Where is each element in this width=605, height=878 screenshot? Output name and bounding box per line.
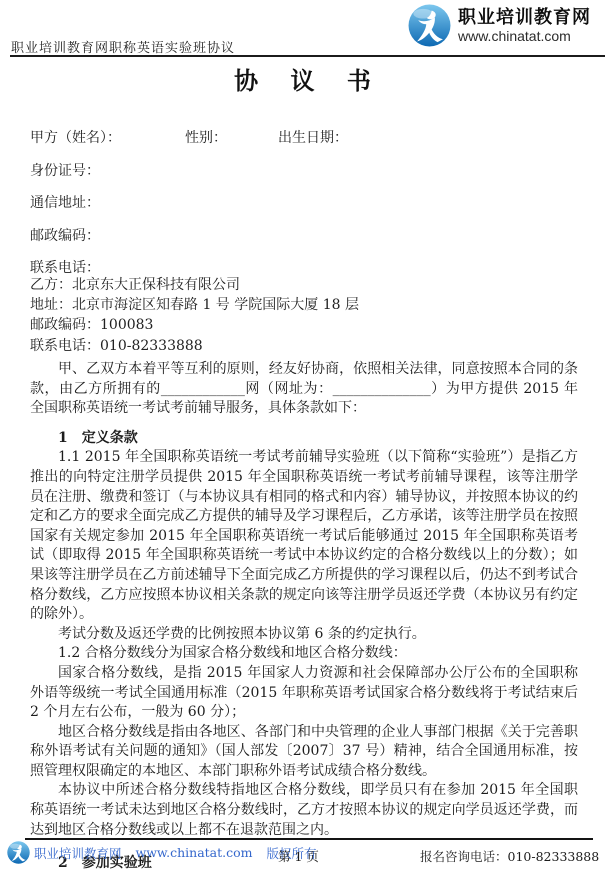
clause-1-1: 1.1 2015 年全国职称英语统一考试考前辅导实验班（以下简称“实验班”）是指… xyxy=(30,448,578,624)
intro-paragraph: 甲、乙双方本着平等互利的原则，经友好协商，依照相关法律，同意按照本合同的条款，由… xyxy=(30,360,578,419)
party-a-row-1: 甲方（姓名）： 性别： 出生日期： xyxy=(30,127,577,160)
party-a-id-label: 身份证号： xyxy=(30,160,577,193)
footer-enroll-phone: 报名咨询电话：010-82333888 xyxy=(420,847,599,865)
footer-page-number: 第 1 页 xyxy=(278,847,319,865)
clause-refund-ratio: 考试分数及返还学费的比例按照本协议第 6 条的约定执行。 xyxy=(30,625,578,645)
brand-site-url: www.chinatat.com xyxy=(458,28,591,44)
party-a-zip-label: 邮政编码： xyxy=(30,225,577,258)
party-a-name-label: 甲方（姓名）： xyxy=(30,127,121,147)
footer-site-url: www.chinatat.com xyxy=(136,845,253,860)
brand-logo: 职业培训教育网 www.chinatat.com xyxy=(408,4,591,47)
footer-brand-icon xyxy=(7,841,30,864)
clause-national-passline: 国家合格分数线，是指 2015 年国家人力资源和社会保障部办公厅公布的全国职称外… xyxy=(30,664,578,723)
agreement-body: 甲、乙双方本着平等互利的原则，经友好协商，依照相关法律，同意按照本合同的条款，由… xyxy=(30,360,578,874)
header-divider xyxy=(10,55,605,57)
brand-site-name: 职业培训教育网 xyxy=(458,7,591,28)
clause-regional-passline: 地区合格分数线是指由各地区、各部门和中央管理的企业人事部门根据《关于完善职称外语… xyxy=(30,723,578,782)
footer-site-name: 职业培训教育网 xyxy=(34,844,122,862)
party-b-address: 地址：北京市海淀区知春路 1 号 学院国际大厦 18 层 xyxy=(30,295,359,315)
party-b-phone: 联系电话：010-82333888 xyxy=(30,336,359,356)
footer-divider xyxy=(25,838,593,840)
party-a-gender-label: 性别： xyxy=(185,127,227,147)
brand-figure-icon xyxy=(408,4,451,47)
page-title: 协 议 书 xyxy=(0,61,605,96)
document-header-label: 职业培训教育网职称英语实验班协议 xyxy=(11,37,235,56)
clause-passline-scope: 本协议中所述合格分数线特指地区合格分数线，即学员只有在参加 2015 年全国职称… xyxy=(30,781,578,840)
clause-1-2: 1.2 合格分数线分为国家合格分数线和地区合格分数线： xyxy=(30,644,578,664)
party-a-address-label: 通信地址： xyxy=(30,192,577,225)
document-page: 职业培训教育网 www.chinatat.com 职业培训教育网职称英语实验班协… xyxy=(0,0,605,878)
footer-brand: 职业培训教育网 www.chinatat.com 版权所有 xyxy=(7,841,317,864)
party-a-section: 甲方（姓名）： 性别： 出生日期： 身份证号： 通信地址： 邮政编码： 联系电话… xyxy=(30,127,577,290)
party-b-section: 乙方：北京东大正保科技有限公司 地址：北京市海淀区知春路 1 号 学院国际大厦 … xyxy=(30,275,359,356)
brand-text: 职业培训教育网 www.chinatat.com xyxy=(458,7,591,44)
party-b-name: 乙方：北京东大正保科技有限公司 xyxy=(30,275,359,295)
party-b-zip: 邮政编码：100083 xyxy=(30,315,359,335)
party-a-dob-label: 出生日期： xyxy=(278,127,348,147)
section-1-heading: 1 定义条款 xyxy=(30,429,578,449)
